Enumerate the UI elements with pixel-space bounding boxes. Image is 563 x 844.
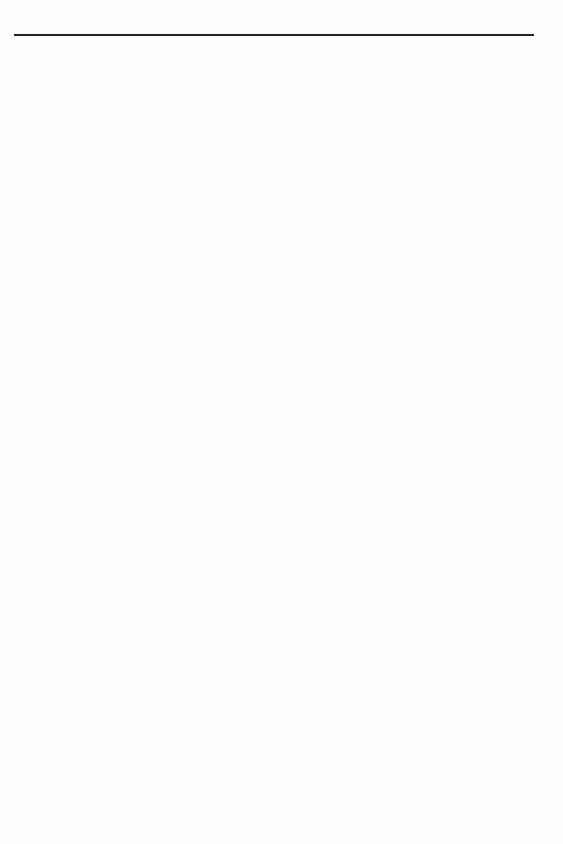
masthead-meta (30, 10, 84, 19)
masthead-rule (14, 34, 534, 36)
article-column-1 (14, 44, 136, 294)
article-column-3 (280, 82, 415, 294)
article-column-2 (140, 82, 275, 294)
